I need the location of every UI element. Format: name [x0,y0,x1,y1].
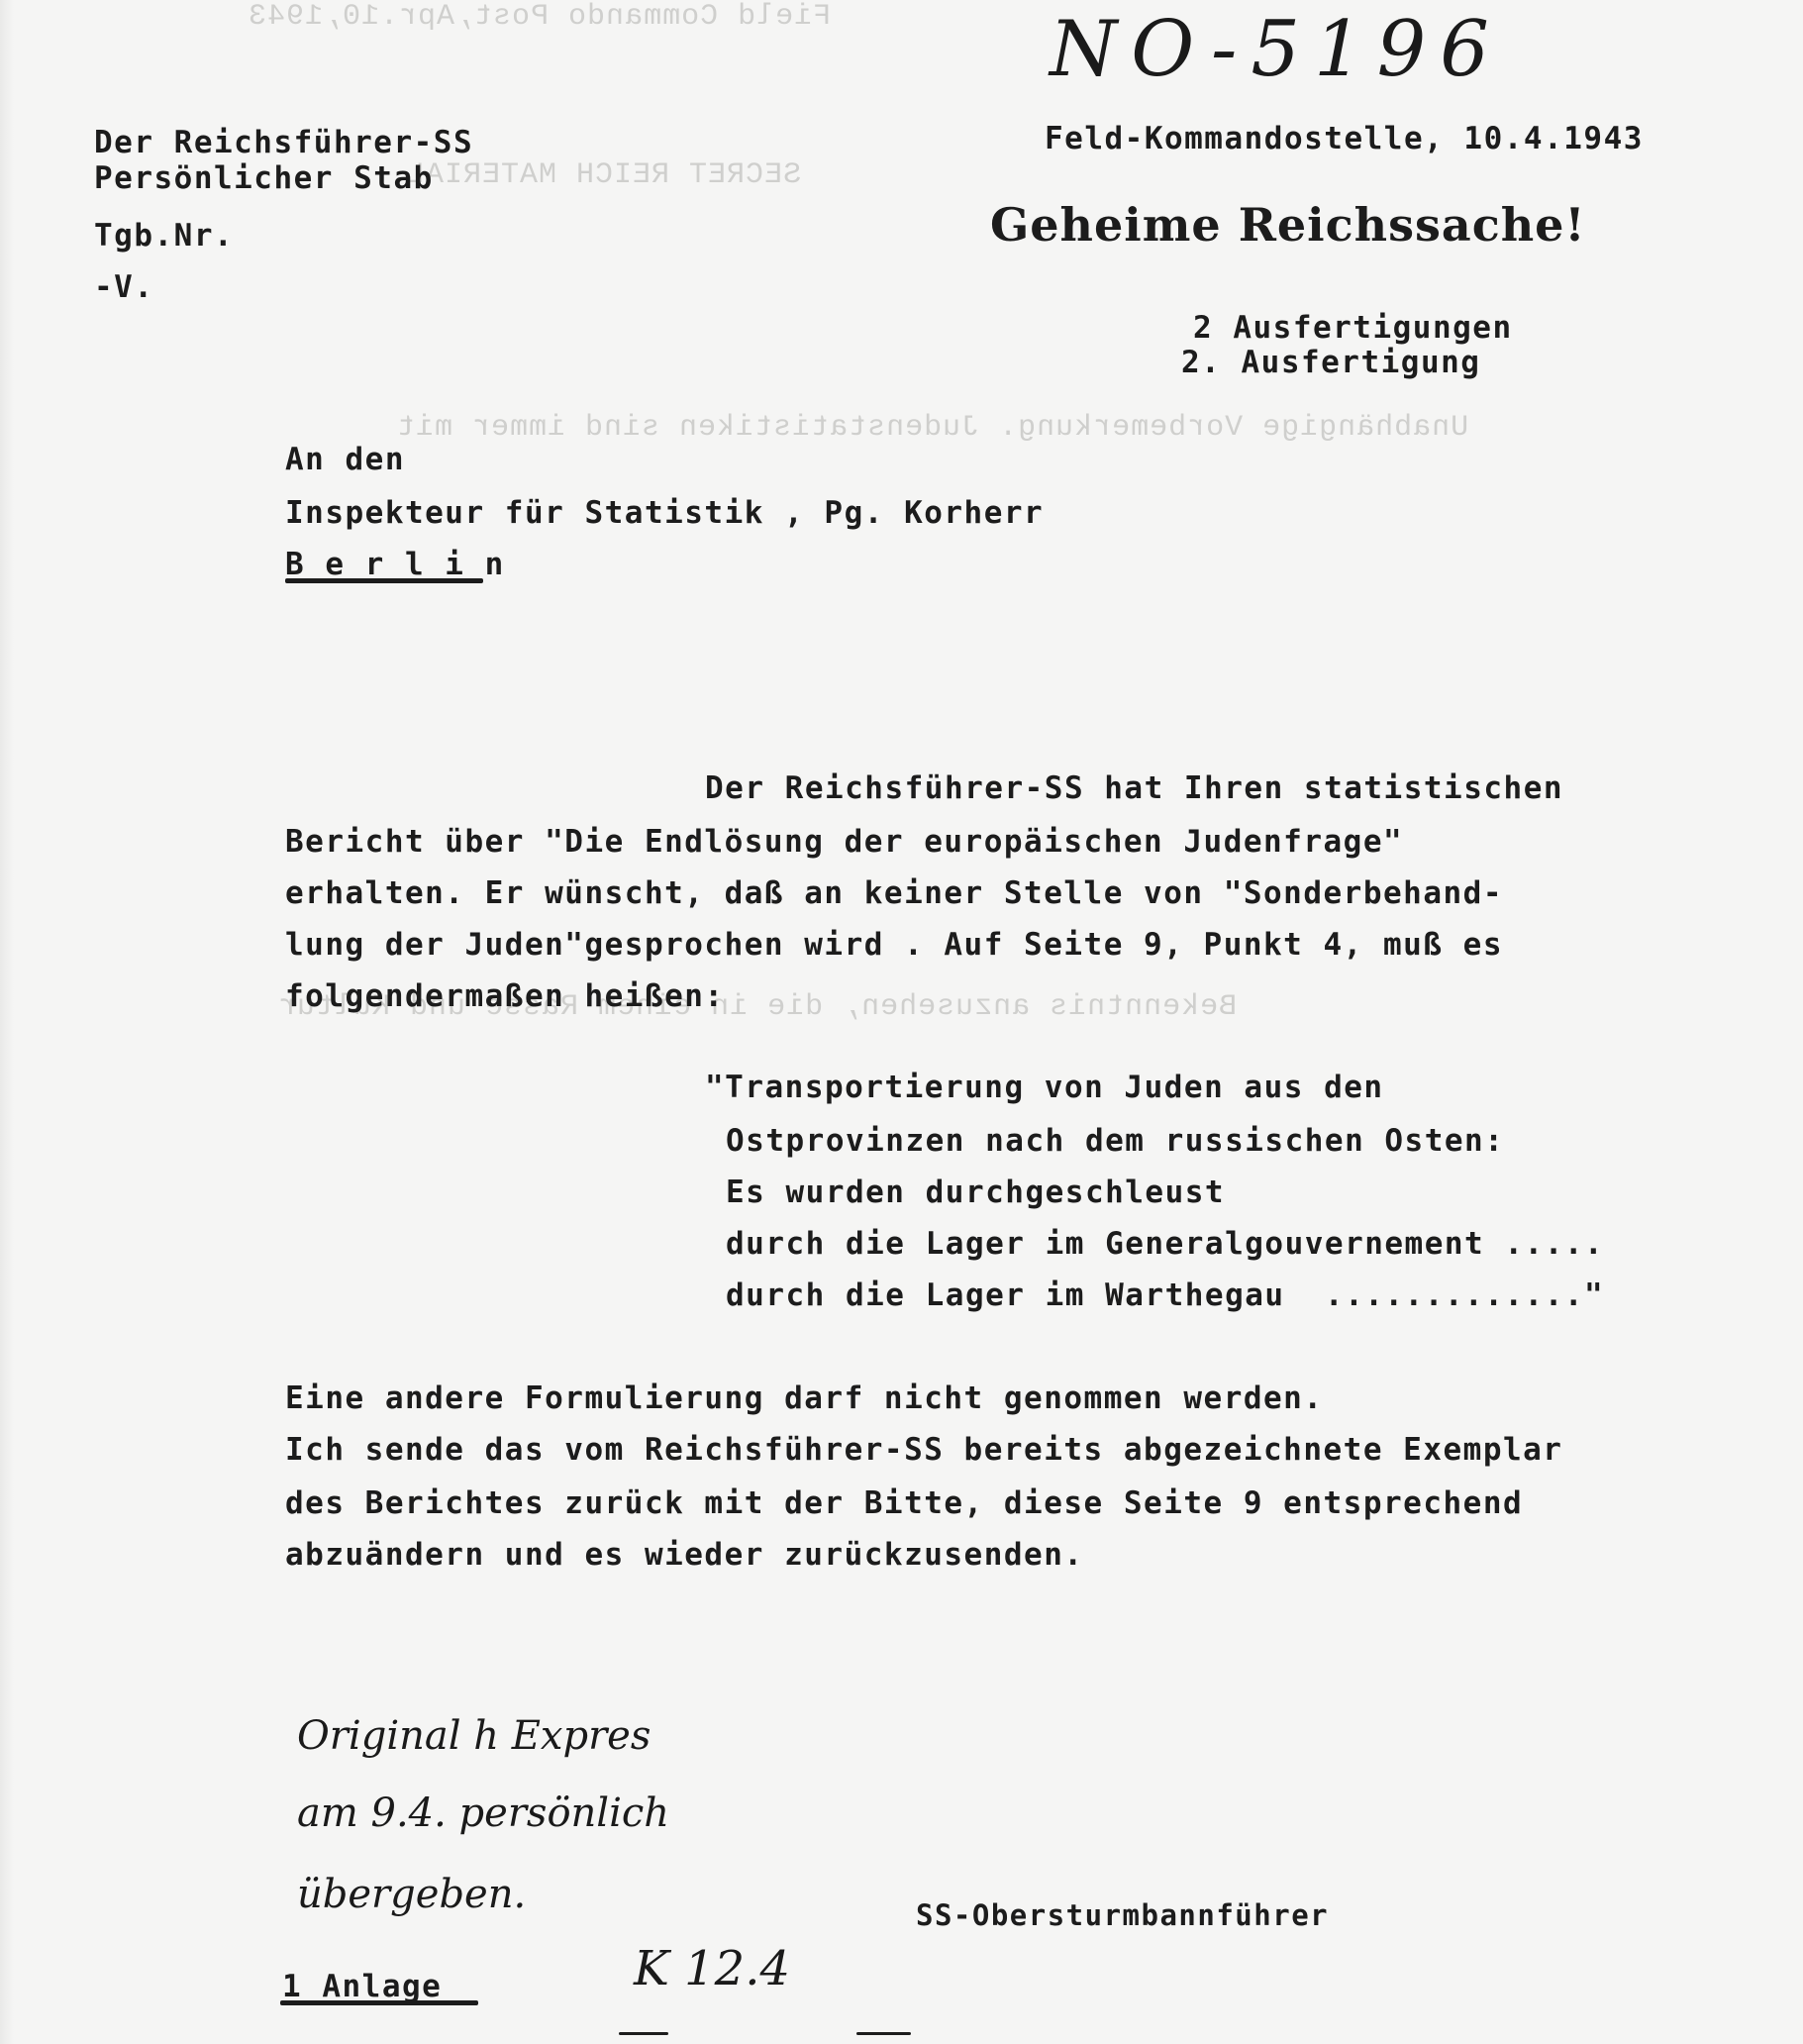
body-line-1: Der Reichsführer-SS hat Ihren statistisc… [705,770,1563,806]
sender-line-1: Der Reichsführer-SS [94,125,473,160]
body-line-5: folgendermaßen heißen: [285,978,725,1014]
quote-line-1: "Transportierung von Juden aus den [705,1070,1384,1105]
classification-stamp: Geheime Reichssache! [990,198,1586,252]
body-line-3: erhalten. Er wünscht, daß an keiner Stel… [285,875,1503,911]
body-line-4: lung der Juden"gesprochen wird . Auf Sei… [285,927,1503,963]
closing-line-4: abzuändern und es wieder zurückzusenden. [285,1537,1084,1573]
handwritten-note-line-1: Original h Expres [297,1713,651,1759]
quote-line-5: durch die Lager im Warthegau ...........… [726,1277,1604,1313]
body-line-2: Bericht über "Die Endlösung der europäis… [285,824,1403,860]
copies-total: 2 Ausfertigungen [1193,310,1513,346]
closing-line-1: Eine andere Formulierung darf nicht geno… [285,1380,1324,1416]
bleed-through-text: SECRET REICH MATERIAL [406,158,801,192]
bleed-through-text: Field Commando Post,Apr.10,1943 [248,0,831,34]
recipient-name: Inspekteur für Statistik , Pg. Korherr [285,495,1044,531]
closing-line-2: Ich sende das vom Reichsführer-SS bereit… [285,1432,1562,1468]
handwritten-initials: K 12.4 [634,1941,790,1996]
place-date: Feld-Kommandostelle, 10.4.1943 [1045,121,1644,156]
bleed-through-text: Unabhängige Vorbemerkung. Judenstatistik… [396,411,1468,445]
copy-number: 2. Ausfertigung [1181,345,1480,380]
enclosure-note: 1 Anlage [282,1969,442,2004]
document-page: Field Commando Post,Apr.10,1943 SECRET R… [0,0,1803,2044]
recipient-salutation: An den [285,442,405,477]
quote-line-2: Ostprovinzen nach dem russischen Osten: [726,1123,1504,1159]
bottom-mark [856,2032,911,2035]
city-underline [285,578,483,583]
journal-number: Tgb.Nr. [94,218,234,254]
sender-line-2: Persönlicher Stab [94,160,434,196]
bottom-mark [619,2032,668,2035]
quote-line-4: durch die Lager im Generalgouvernement .… [726,1226,1604,1262]
signature-title: SS-Obersturmbannführer [916,1898,1329,1932]
section-mark: -V. [94,269,154,305]
quote-line-3: Es wurden durchgeschleust [726,1175,1225,1210]
archive-number: NO-5196 [1050,5,1503,94]
handwritten-note-line-3: übergeben. [297,1872,526,1917]
recipient-city: B e r l i n [285,547,505,582]
closing-line-3: des Berichtes zurück mit der Bitte, dies… [285,1485,1523,1521]
handwritten-note-line-2: am 9.4. persönlich [297,1790,669,1836]
enclosure-underline [280,2000,478,2005]
